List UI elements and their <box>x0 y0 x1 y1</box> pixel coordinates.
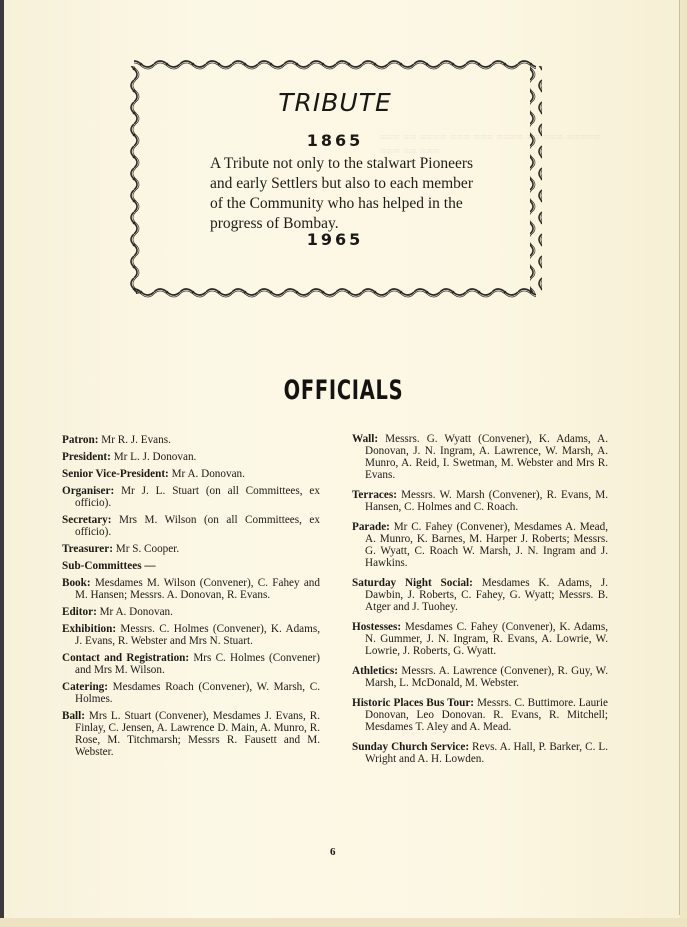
officials-left-column: Patron: Mr R. J. Evans. President: Mr L.… <box>62 434 320 763</box>
year-start: 1865 <box>128 131 542 150</box>
officials-right-column: Wall: Messrs. G. Wyatt (Convener), K. Ad… <box>352 433 608 773</box>
scan-bottom-edge <box>0 918 687 927</box>
subcommittee-entry: Wall: Messrs. G. Wyatt (Convener), K. Ad… <box>352 433 608 481</box>
tribute-box: TRIBUTE 1865 A Tribute not only to the s… <box>128 58 542 302</box>
official-entry: Treasurer: Mr S. Cooper. <box>62 543 320 555</box>
subcommittee-entry: Ball: Mrs L. Stuart (Convener), Mesdames… <box>62 710 320 758</box>
year-end: 1965 <box>128 230 542 249</box>
page-number: 6 <box>330 846 336 858</box>
scan-left-edge <box>0 0 4 927</box>
subcommittee-entry: Terraces: Messrs. W. Marsh (Convener), R… <box>352 489 608 513</box>
subcommittee-entry: Book: Mesdames M. Wilson (Convener), C. … <box>62 577 320 601</box>
subcommittee-entry: Catering: Mesdames Roach (Convener), W. … <box>62 681 320 705</box>
subcommittee-entry: Athletics: Messrs. A. Lawrence (Convener… <box>352 665 608 689</box>
page-edge-line <box>679 0 680 915</box>
subcommittees-heading: Sub-Committees — <box>62 560 320 572</box>
official-entry: Patron: Mr R. J. Evans. <box>62 434 320 446</box>
officials-heading: OFFICIALS <box>96 375 591 406</box>
subcommittee-entry: Exhibition: Messrs. C. Holmes (Convener)… <box>62 623 320 647</box>
subcommittee-entry: Contact and Registration: Mrs C. Holmes … <box>62 652 320 676</box>
official-entry: Secretary: Mrs M. Wilson (on all Committ… <box>62 514 320 538</box>
tribute-text: A Tribute not only to the stalwart Pione… <box>210 154 480 234</box>
subcommittee-entry: Saturday Night Social: Mesdames K. Adams… <box>352 577 608 613</box>
subcommittee-entry: Historic Places Bus Tour: Messrs. C. But… <box>352 697 608 733</box>
subcommittee-entry: Editor: Mr A. Donovan. <box>62 606 320 618</box>
official-entry: Senior Vice-President: Mr A. Donovan. <box>62 468 320 480</box>
tribute-title: TRIBUTE <box>128 88 542 117</box>
official-entry: President: Mr L. J. Donovan. <box>62 451 320 463</box>
subcommittee-entry: Hostesses: Mesdames C. Fahey (Convener),… <box>352 621 608 657</box>
scan-right-margin <box>680 0 687 927</box>
document-page: ≡≡≡ ≡≡ ≡≡≡≡ ≡≡≡ ≡≡≡ ≡≡≡≡ ≡≡ ≡≡≡ ≡≡≡≡≡ ≡≡… <box>0 0 687 927</box>
subcommittee-entry: Parade: Mr C. Fahey (Convener), Mesdames… <box>352 521 608 569</box>
subcommittee-entry: Sunday Church Service: Revs. A. Hall, P.… <box>352 741 608 765</box>
official-entry: Organiser: Mr J. L. Stuart (on all Commi… <box>62 485 320 509</box>
